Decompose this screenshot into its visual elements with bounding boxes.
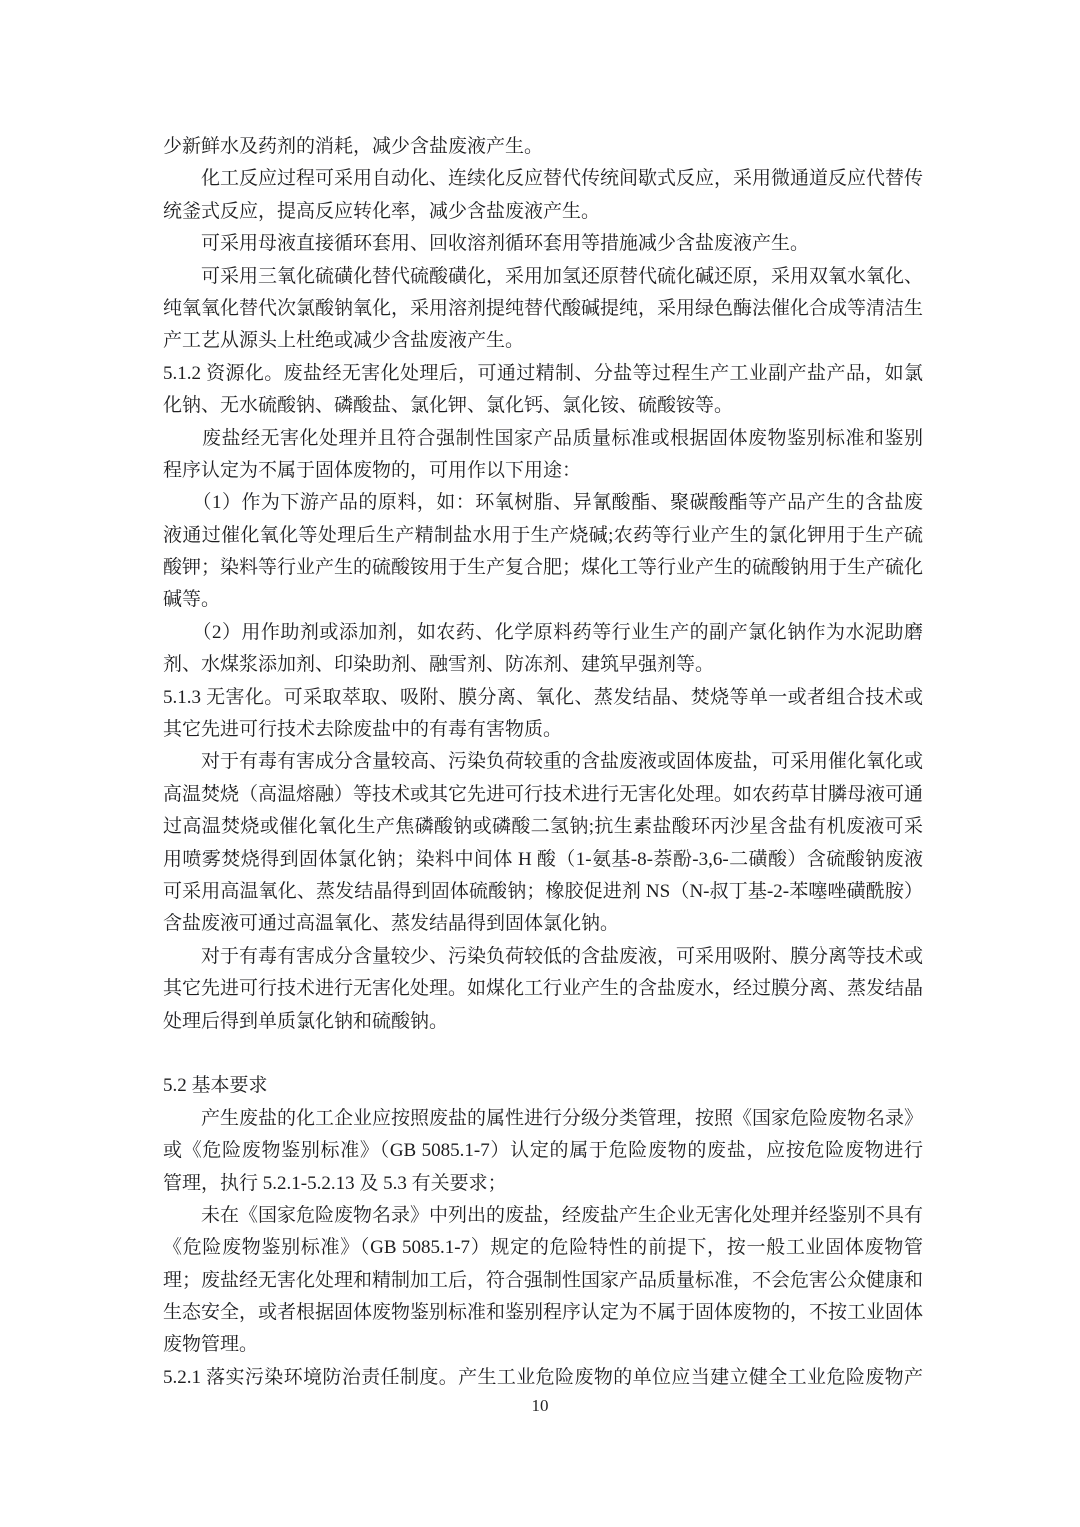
text-line: 生态安全，或者根据固体废物鉴别标准和鉴别程序认定为不属于固体废物的，不按工业固体 [163,1297,923,1329]
text-line: 其它先进可行技术去除废盐中的有毒有害物质。 [163,714,923,746]
text-line: 对于有毒有害成分含量较高、污染负荷较重的含盐废液或固体废盐，可采用催化氧化或 [163,746,923,778]
text-line: 对于有毒有害成分含量较少、污染负荷较低的含盐废液，可采用吸附、膜分离等技术或 [163,941,923,973]
text-line: 其它先进可行技术进行无害化处理。如煤化工行业产生的含盐废水，经过膜分离、蒸发结晶 [163,973,923,1005]
section-5-2-heading: 5.2 基本要求 [163,1070,923,1102]
text-line: 少新鲜水及药剂的消耗，减少含盐废液产生。 [163,131,923,163]
text-line: 化工反应过程可采用自动化、连续化反应替代传统间歇式反应，采用微通道反应代替传 [163,163,923,195]
section-5-1-3-line: 5.1.3 无害化。可采取萃取、吸附、膜分离、氧化、蒸发结晶、焚烧等单一或者组合… [163,682,923,714]
text-line: 纯氧氧化替代次氯酸钠氧化，采用溶剂提纯替代酸碱提纯，采用绿色酶法催化合成等清洁生 [163,293,923,325]
text-line: 废盐经无害化处理并且符合强制性国家产品质量标准或根据固体废物鉴别标准和鉴别 [163,423,923,455]
text-line: 统釜式反应，提高反应转化率，减少含盐废液产生。 [163,196,923,228]
page-number: 10 [0,1396,1080,1416]
text-line: 产工艺从源头上杜绝或减少含盐废液产生。 [163,325,923,357]
text-line: 高温焚烧（高温熔融）等技术或其它先进可行技术进行无害化处理。如农药草甘膦母液可通 [163,779,923,811]
text-line: 废物管理。 [163,1329,923,1361]
section-5-2-1-line: 5.2.1 落实污染环境防治责任制度。产生工业危险废物的单位应当建立健全工业危险… [163,1362,923,1394]
text-line: 液通过催化氧化等处理后生产精制盐水用于生产烧碱;农药等行业产生的氯化钾用于生产硫 [163,520,923,552]
text-line: 《危险废物鉴别标准》（GB 5085.1-7）规定的危险特性的前提下，按一般工业… [163,1232,923,1264]
list-item-1-line: （1）作为下游产品的原料，如：环氧树脂、异氰酸酯、聚碳酸酯等产品产生的含盐废 [163,487,923,519]
text-line: 化钠、无水硫酸钠、磷酸盐、氯化钾、氯化钙、氯化铵、硫酸铵等。 [163,390,923,422]
text-line: 剂、水煤浆添加剂、印染助剂、融雪剂、防冻剂、建筑早强剂等。 [163,649,923,681]
blank-line [163,1038,923,1070]
text-line: 酸钾；染料等行业产生的硫酸铵用于生产复合肥；煤化工等行业产生的硫酸钠用于生产硫化 [163,552,923,584]
document-page: 少新鲜水及药剂的消耗，减少含盐废液产生。 化工反应过程可采用自动化、连续化反应替… [0,0,1080,1527]
text-line: 用喷雾焚烧得到固体氯化钠；染料中间体 H 酸（1-氨基-8-萘酚-3,6-二磺酸… [163,844,923,876]
text-line: 可采用三氧化硫磺化替代硫酸磺化，采用加氢还原替代硫化碱还原，采用双氧水氧化、 [163,261,923,293]
text-line: 处理后得到单质氯化钠和硫酸钠。 [163,1006,923,1038]
text-line: 可采用高温氧化、蒸发结晶得到固体硫酸钠；橡胶促进剂 NS（N-叔丁基-2-苯噻唑… [163,876,923,908]
text-line: 理；废盐经无害化处理和精制加工后，符合强制性国家产品质量标准，不会危害公众健康和 [163,1265,923,1297]
text-line: 产生废盐的化工企业应按照废盐的属性进行分级分类管理，按照《国家危险废物名录》 [163,1103,923,1135]
text-line: 含盐废液可通过高温氧化、蒸发结晶得到固体氯化钠。 [163,908,923,940]
text-line: 或《危险废物鉴别标准》（GB 5085.1-7）认定的属于危险废物的废盐，应按危… [163,1135,923,1167]
section-5-1-2-line: 5.1.2 资源化。废盐经无害化处理后，可通过精制、分盐等过程生产工业副产盐产品… [163,358,923,390]
text-line: 过高温焚烧或催化氧化生产焦磷酸钠或磷酸二氢钠;抗生素盐酸环丙沙星含盐有机废液可采 [163,811,923,843]
text-line: 碱等。 [163,584,923,616]
document-body: 少新鲜水及药剂的消耗，减少含盐废液产生。 化工反应过程可采用自动化、连续化反应替… [163,131,923,1394]
text-line: 未在《国家危险废物名录》中列出的废盐，经废盐产生企业无害化处理并经鉴别不具有 [163,1200,923,1232]
text-line: 程序认定为不属于固体废物的，可用作以下用途： [163,455,923,487]
text-line: 可采用母液直接循环套用、回收溶剂循环套用等措施减少含盐废液产生。 [163,228,923,260]
text-line: 管理，执行 5.2.1-5.2.13 及 5.3 有关要求； [163,1168,923,1200]
list-item-2-line: （2）用作助剂或添加剂，如农药、化学原料药等行业生产的副产氯化钠作为水泥助磨 [163,617,923,649]
